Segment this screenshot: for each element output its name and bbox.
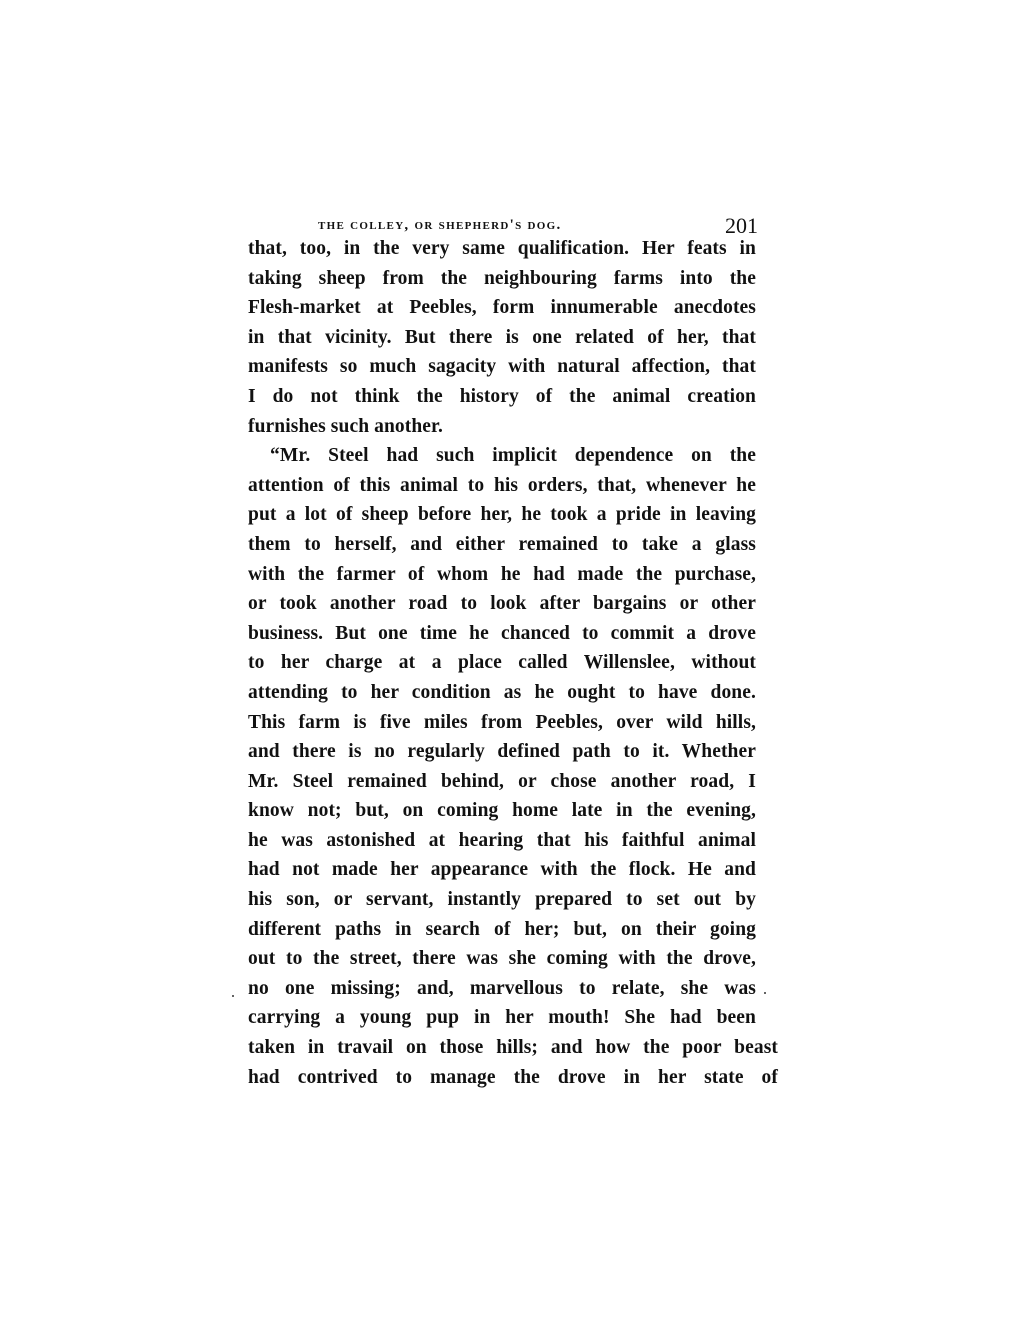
scan-speck bbox=[232, 995, 234, 997]
paragraph: “Mr. Steel had such implicit dependence … bbox=[248, 441, 756, 1092]
text-line: with the farmer of whom he had made the … bbox=[248, 560, 756, 590]
text-line: taken in travail on those hills; and how… bbox=[248, 1033, 778, 1063]
text-line: This farm is five miles from Peebles, ov… bbox=[248, 708, 756, 738]
text-line: to her charge at a place called Willensl… bbox=[248, 648, 756, 678]
text-line: that, too, in the very same qualificatio… bbox=[248, 234, 756, 264]
text-line: business. But one time he chanced to com… bbox=[248, 619, 756, 649]
book-page: The Colley, or Shepherd's Dog. 201 that,… bbox=[0, 0, 1033, 1339]
text-line: Mr. Steel remained behind, or chose anot… bbox=[248, 767, 756, 797]
text-line: and there is no regularly defined path t… bbox=[248, 737, 756, 767]
text-line: attending to her condition as he ought t… bbox=[248, 678, 756, 708]
body-text: that, too, in the very same qualificatio… bbox=[248, 234, 756, 1092]
text-line: I do not think the history of the animal… bbox=[248, 382, 756, 412]
text-line: attention of this animal to his orders, … bbox=[248, 471, 756, 501]
text-line: he was astonished at hearing that his fa… bbox=[248, 826, 756, 856]
text-line: out to the street, there was she coming … bbox=[248, 944, 756, 974]
running-title: The Colley, or Shepherd's Dog. bbox=[318, 217, 562, 234]
text-line: had contrived to manage the drove in her… bbox=[248, 1063, 778, 1093]
text-line: different paths in search of her; but, o… bbox=[248, 915, 756, 945]
text-line: taking sheep from the neighbouring farms… bbox=[248, 264, 756, 294]
text-line: furnishes such another. bbox=[248, 412, 756, 442]
text-line: them to herself, and either remained to … bbox=[248, 530, 756, 560]
text-line: had not made her appearance with the flo… bbox=[248, 855, 756, 885]
text-line: manifests so much sagacity with natural … bbox=[248, 352, 756, 382]
text-line: carrying a young pup in her mouth! She h… bbox=[248, 1003, 756, 1033]
scan-speck bbox=[764, 992, 766, 994]
text-line: “Mr. Steel had such implicit dependence … bbox=[248, 441, 756, 471]
text-line: or took another road to look after barga… bbox=[248, 589, 756, 619]
text-line: know not; but, on coming home late in th… bbox=[248, 796, 756, 826]
paragraph: that, too, in the very same qualificatio… bbox=[248, 234, 756, 441]
text-line: put a lot of sheep before her, he took a… bbox=[248, 500, 756, 530]
text-line: no one missing; and, marvellous to relat… bbox=[248, 974, 756, 1004]
text-line: in that vicinity. But there is one relat… bbox=[248, 323, 756, 353]
text-line: Flesh-market at Peebles, form innumerabl… bbox=[248, 293, 756, 323]
text-line: his son, or servant, instantly prepared … bbox=[248, 885, 756, 915]
